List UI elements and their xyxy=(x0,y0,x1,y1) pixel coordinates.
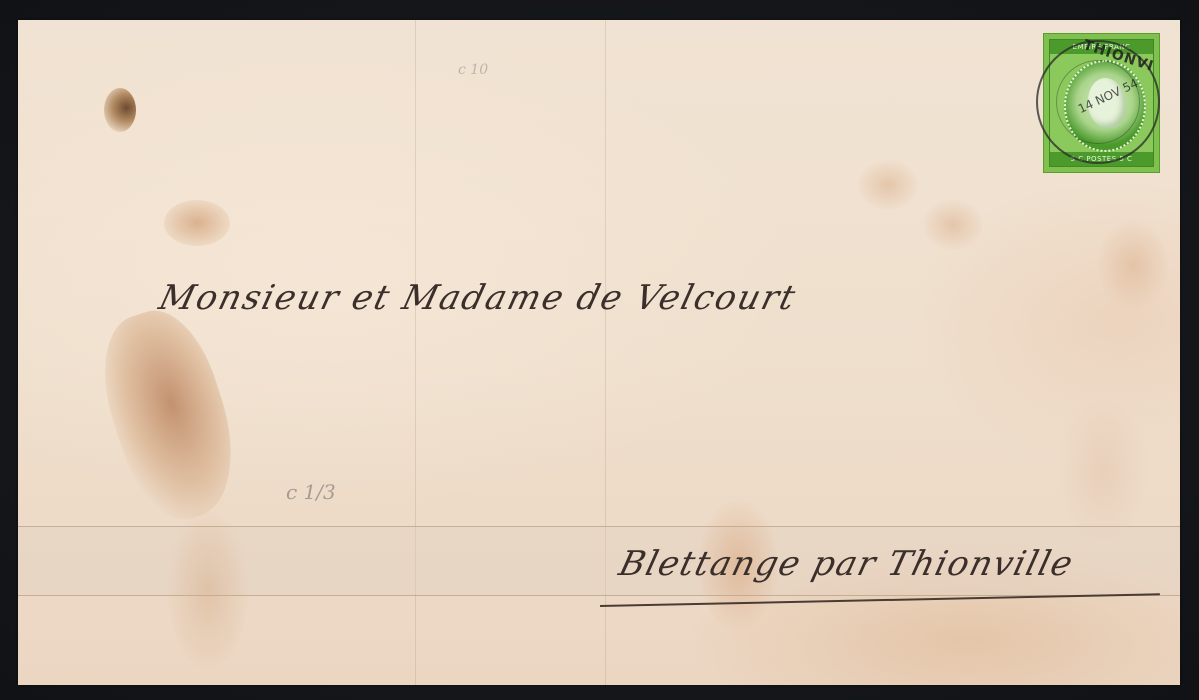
pencil-annotation-top: c 10 xyxy=(458,62,488,78)
stain-spot xyxy=(1098,220,1168,310)
postmark-cancel: THIONVI 14 NOV 54 xyxy=(1036,40,1160,164)
destination-place: Blettange par Thionville xyxy=(615,544,1078,584)
addressee-name: Monsieur et Madame de Velcourt xyxy=(155,278,801,318)
stain-spot xyxy=(923,200,983,250)
stain-spot xyxy=(104,88,136,132)
stain-spot xyxy=(858,160,918,210)
stain-streak xyxy=(168,510,248,670)
pencil-annotation-rate: c 1/3 xyxy=(286,480,336,504)
stain-streak xyxy=(84,298,254,532)
letter-sheet: c 10 c 1/3 Monsieur et Madame de Velcour… xyxy=(18,20,1180,685)
stain-spot xyxy=(1058,400,1148,540)
stain-spot xyxy=(164,200,230,246)
